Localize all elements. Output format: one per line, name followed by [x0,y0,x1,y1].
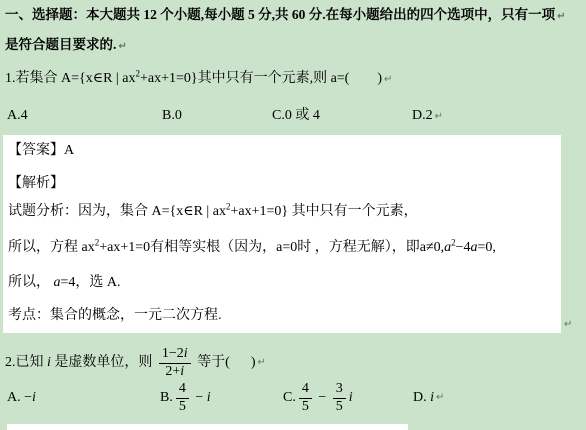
analysis-line3-p1: 所以， [8,275,54,290]
question-1-pre: 1.若集合 A={x∈R | ax [5,71,135,86]
analysis-line-4: 考点：集合的概念，一元二次方程. [8,307,222,325]
num-text: 1−2 [162,346,184,361]
analysis-line-3: 所以， a=4，选 A. [8,274,121,292]
q2-option-d-label: D. [413,390,430,407]
fraction-numerator: 1−2i [159,346,191,363]
paragraph-mark-icon: ↵ [256,357,266,369]
q2-option-b-i: i [207,390,211,407]
question-1-post: +ax+1=0}其中只有一个元素,则 a=( ) [140,71,382,86]
paragraph-mark-icon: ↵ [555,11,565,22]
answer-label: 【答案】 [8,143,64,158]
paragraph-mark-icon: ↵ [433,111,443,122]
fraction-numerator: 4 [176,381,189,398]
fraction-denominator: 5 [176,399,189,415]
analysis-line1-post: +ax+1=0} 其中只有一个元素， [230,204,417,219]
fraction-denominator: 5 [333,399,346,415]
q1-option-b: B.0 [162,107,182,125]
section-header-text2: 是符合题目要求的. [5,37,116,52]
q2-option-c-label: C. [283,390,296,407]
q2-option-c: C.45 − 35i [283,376,353,420]
q2-option-c-minus: − [315,390,330,407]
question-2-p1: 2.已知 [5,355,47,372]
num-i: i [184,346,188,361]
q1-option-c: C.0 或 4 [272,107,320,125]
section-header-text1: 一、选择题：本大题共 12 个小题,每小题 5 分,共 60 分.在每小题给出的… [5,7,555,22]
fraction-numerator: 3 [333,381,346,398]
fraction-denominator: 5 [299,399,312,415]
q2-option-b: B.45 − i [160,376,211,420]
q2-option-c-i: i [349,390,353,407]
fraction-4-over-5: 45 [176,381,189,414]
question-2-p2: 是虚数单位，则 [51,355,156,372]
section-header-line1: 一、选择题：本大题共 12 个小题,每小题 5 分,共 60 分.在每小题给出的… [5,7,566,24]
fraction-3-over-5: 35 [333,381,346,414]
q2-option-d: D. i↵ [413,376,444,420]
fraction-numerator: 4 [299,381,312,398]
analysis-line2-p2: +ax+1=0有相等实根（因为，a=0时 ，方程无解），即a≠0, [99,240,444,255]
q1-option-d: D.2↵ [412,107,443,125]
analysis-line-2: 所以，方程 ax2+ax+1=0有相等实根（因为，a=0时 ，方程无解），即a≠… [8,239,496,257]
q2-option-a-i: i [32,390,36,407]
section-header-line2: 是符合题目要求的.↵ [5,37,127,54]
paragraph-mark-icon: ↵ [116,41,126,52]
question-2-p3: 等于( ) [194,355,256,372]
next-answer-box-edge [7,424,408,430]
answer-value: A [64,143,74,158]
paragraph-mark-icon: ↵ [562,319,572,330]
q2-option-a-text: A. − [7,390,32,407]
analysis-label: 【解析】 [8,175,64,193]
answer-line: 【答案】A [8,142,74,160]
q1-option-d-text: D.2 [412,108,433,123]
fraction-4-over-5: 45 [299,381,312,414]
q2-option-b-label: B. [160,390,173,407]
exam-document-page: 一、选择题：本大题共 12 个小题,每小题 5 分,共 60 分.在每小题给出的… [0,0,586,430]
q2-option-a: A. −i [7,376,36,420]
analysis-line2-p4: =0, [478,240,496,255]
analysis-line3-var: a [54,275,61,290]
q1-option-a: A.4 [7,107,28,125]
fraction-1-minus-2i-over-2-plus-i: 1−2i2+i [159,346,191,379]
paragraph-mark-icon: ↵ [382,74,392,85]
box-paragraph-mark: ↵ [562,315,572,333]
question-2-text: 2.已知 i 是虚数单位，则 1−2i2+i 等于( )↵ [5,338,266,388]
analysis-line3-p2: =4，选 A. [61,275,121,290]
analysis-line1-pre: 试题分析：因为，集合 A={x∈R | ax [8,204,226,219]
answer-box [3,135,561,333]
analysis-line-1: 试题分析：因为，集合 A={x∈R | ax2+ax+1=0} 其中只有一个元素… [8,203,418,221]
analysis-line2-var2: a [471,240,478,255]
analysis-line2-p3: −4 [456,240,471,255]
analysis-line2-p1: 所以，方程 ax [8,240,95,255]
question-1-text: 1.若集合 A={x∈R | ax2+ax+1=0}其中只有一个元素,则 a=(… [5,70,392,88]
q2-option-b-minus: − [192,390,207,407]
paragraph-mark-icon: ↵ [434,392,444,404]
